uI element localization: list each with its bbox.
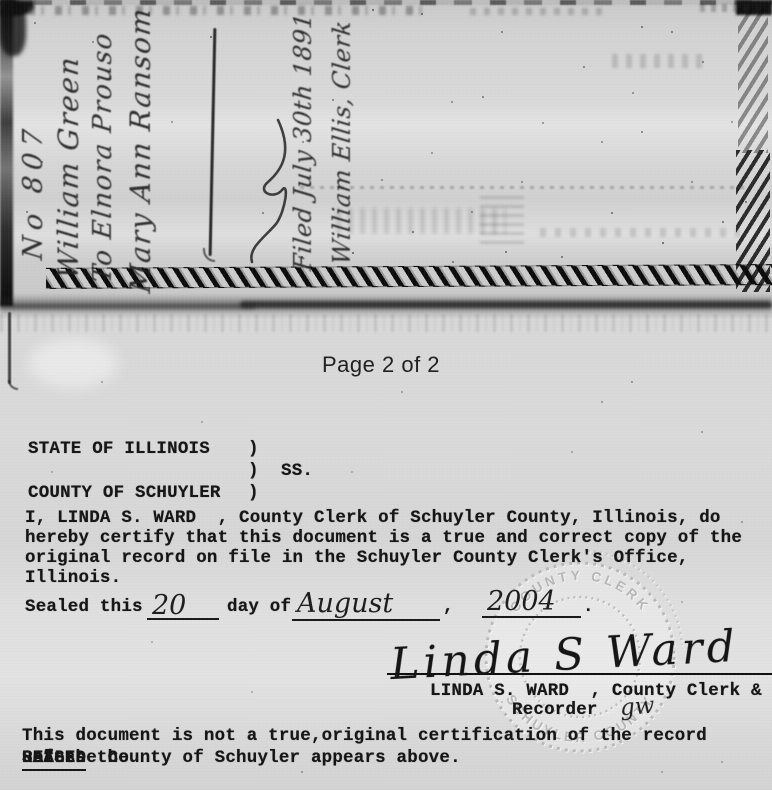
- handwritten-year: 2004: [487, 586, 556, 617]
- month-underline: [292, 619, 440, 621]
- left-margin-pen-hook: [8, 380, 18, 390]
- pen-stroke-line: [209, 28, 216, 256]
- year-underline: [482, 616, 581, 618]
- handwritten-month: August: [297, 588, 393, 619]
- sealed-this-label: Sealed this: [25, 597, 143, 617]
- faint-ink-marks: [540, 228, 740, 237]
- paren-top: ): [248, 439, 259, 459]
- bleedthrough-text-smudge: [28, 6, 428, 15]
- paren-bottom: ): [248, 483, 259, 503]
- scan-top-edge: [0, 0, 772, 5]
- sealed-comma: ,: [443, 597, 454, 617]
- handwritten-docket-number: No 807: [18, 122, 49, 261]
- hatched-border-right-upper: [738, 8, 768, 153]
- bleedthrough-text-smudge: [700, 4, 760, 12]
- scan-corner-blob-bottomleft: [0, 0, 26, 56]
- fold-crease-left: [0, 304, 255, 309]
- certify-body-line: I, LINDA S. WARD , County Clerk of Schuy…: [25, 508, 721, 528]
- handwritten-day: 20: [152, 590, 186, 621]
- ss-label: SS.: [281, 461, 313, 481]
- faint-dotted-line: [300, 186, 745, 189]
- disclaimer-line-1: This document is not a true,original cer…: [22, 726, 707, 746]
- left-margin-pen-line: [8, 312, 11, 384]
- fold-crease-fringe: [0, 314, 772, 332]
- certify-body-line: original record on file in the Schuyler …: [25, 548, 689, 568]
- paper-light-spot: [28, 338, 118, 388]
- scan-noise-speckles: [0, 0, 2, 2]
- recorder-label: Recorder: [512, 700, 598, 720]
- handwritten-name-mary-ann-ransom: Mary Ann Ransom: [124, 6, 157, 295]
- day-underline: [147, 618, 219, 620]
- scanned-document-page: No 807 William Green To Elnora Prouso Ma…: [0, 0, 772, 790]
- day-of-label: day of: [227, 597, 291, 617]
- handwritten-name-william-green: William Green: [52, 54, 85, 280]
- paren-middle: ): [248, 461, 259, 481]
- scan-top-section: No 807 William Green To Elnora Prouso Ma…: [0, 0, 772, 318]
- fold-crease-dark: [240, 301, 772, 308]
- handwritten-name-to-line: To Elnora Prouso: [88, 31, 118, 285]
- certify-body-line: Illinois.: [25, 568, 121, 588]
- faint-ink-marks: [480, 196, 524, 244]
- pen-stroke-hook: [203, 248, 215, 262]
- certify-body-line: hereby certify that this document is a t…: [25, 528, 742, 548]
- bleedthrough-text-smudge: [470, 8, 610, 15]
- county-of-schuyler-label: COUNTY OF SCHUYLER: [28, 483, 221, 503]
- handwritten-initials: gw: [619, 693, 656, 722]
- pen-flourish: [234, 116, 296, 270]
- sealed-period: .: [583, 597, 594, 617]
- disclaimer-suffix: of the County of Schuyler appears above.: [22, 748, 461, 769]
- state-of-illinois-label: STATE OF ILLINOIS: [28, 439, 210, 459]
- page-number-label: Page 2 of 2: [322, 352, 440, 378]
- faint-ink-marks: [612, 54, 704, 68]
- handwritten-clerk-signature: William Ellis, Clerk: [328, 19, 356, 266]
